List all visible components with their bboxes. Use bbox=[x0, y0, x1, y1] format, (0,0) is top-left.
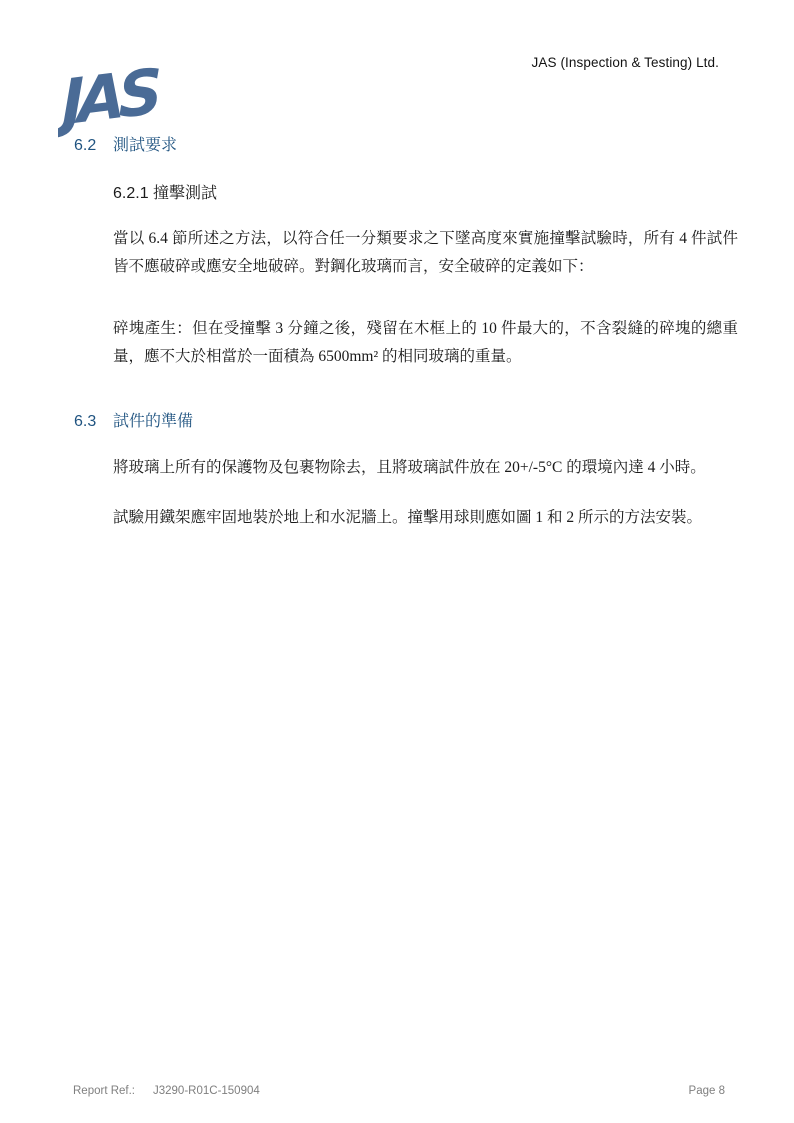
page-footer: Report Ref.:J3290-R01C-150904 Page 8 bbox=[73, 1085, 725, 1097]
report-ref: Report Ref.:J3290-R01C-150904 bbox=[73, 1085, 260, 1097]
paragraph-specimen-prep-1: 將玻璃上所有的保護物及包裹物除去，且將玻璃試件放在 20+/-5°C 的環境內達… bbox=[113, 454, 738, 482]
paragraph-impact-test-1: 當以 6.4 節所述之方法，以符合任一分類要求之下墜高度來實施撞擊試驗時，所有 … bbox=[113, 225, 738, 281]
page-number: Page 8 bbox=[689, 1085, 725, 1097]
jas-logo-text: JAS bbox=[58, 54, 160, 141]
report-ref-value: J3290-R01C-150904 bbox=[153, 1085, 260, 1097]
paragraph-specimen-prep-2: 試驗用鐵架應牢固地裝於地上和水泥牆上。撞擊用球則應如圖 1 和 2 所示的方法安… bbox=[113, 504, 738, 532]
jas-logo: JAS bbox=[58, 46, 203, 141]
section-6-2-heading: 6.2測試要求 bbox=[74, 136, 177, 156]
section-6-3-heading: 6.3試件的準備 bbox=[74, 412, 193, 432]
section-6-2-number: 6.2 bbox=[74, 136, 113, 156]
subsection-6-2-1-heading: 6.2.1 撞擊測試 bbox=[113, 184, 217, 204]
document-page: JAS JAS (Inspection & Testing) Ltd. 6.2測… bbox=[0, 0, 794, 1123]
report-ref-label: Report Ref.: bbox=[73, 1085, 135, 1097]
section-6-2-title: 測試要求 bbox=[113, 137, 177, 154]
company-name: JAS (Inspection & Testing) Ltd. bbox=[532, 55, 719, 70]
paragraph-impact-test-2: 碎塊產生：但在受撞擊 3 分鐘之後，殘留在木框上的 10 件最大的，不含裂縫的碎… bbox=[113, 315, 738, 371]
section-6-3-number: 6.3 bbox=[74, 412, 113, 432]
section-6-3-title: 試件的準備 bbox=[113, 413, 193, 430]
jas-logo-icon: JAS bbox=[58, 46, 203, 141]
